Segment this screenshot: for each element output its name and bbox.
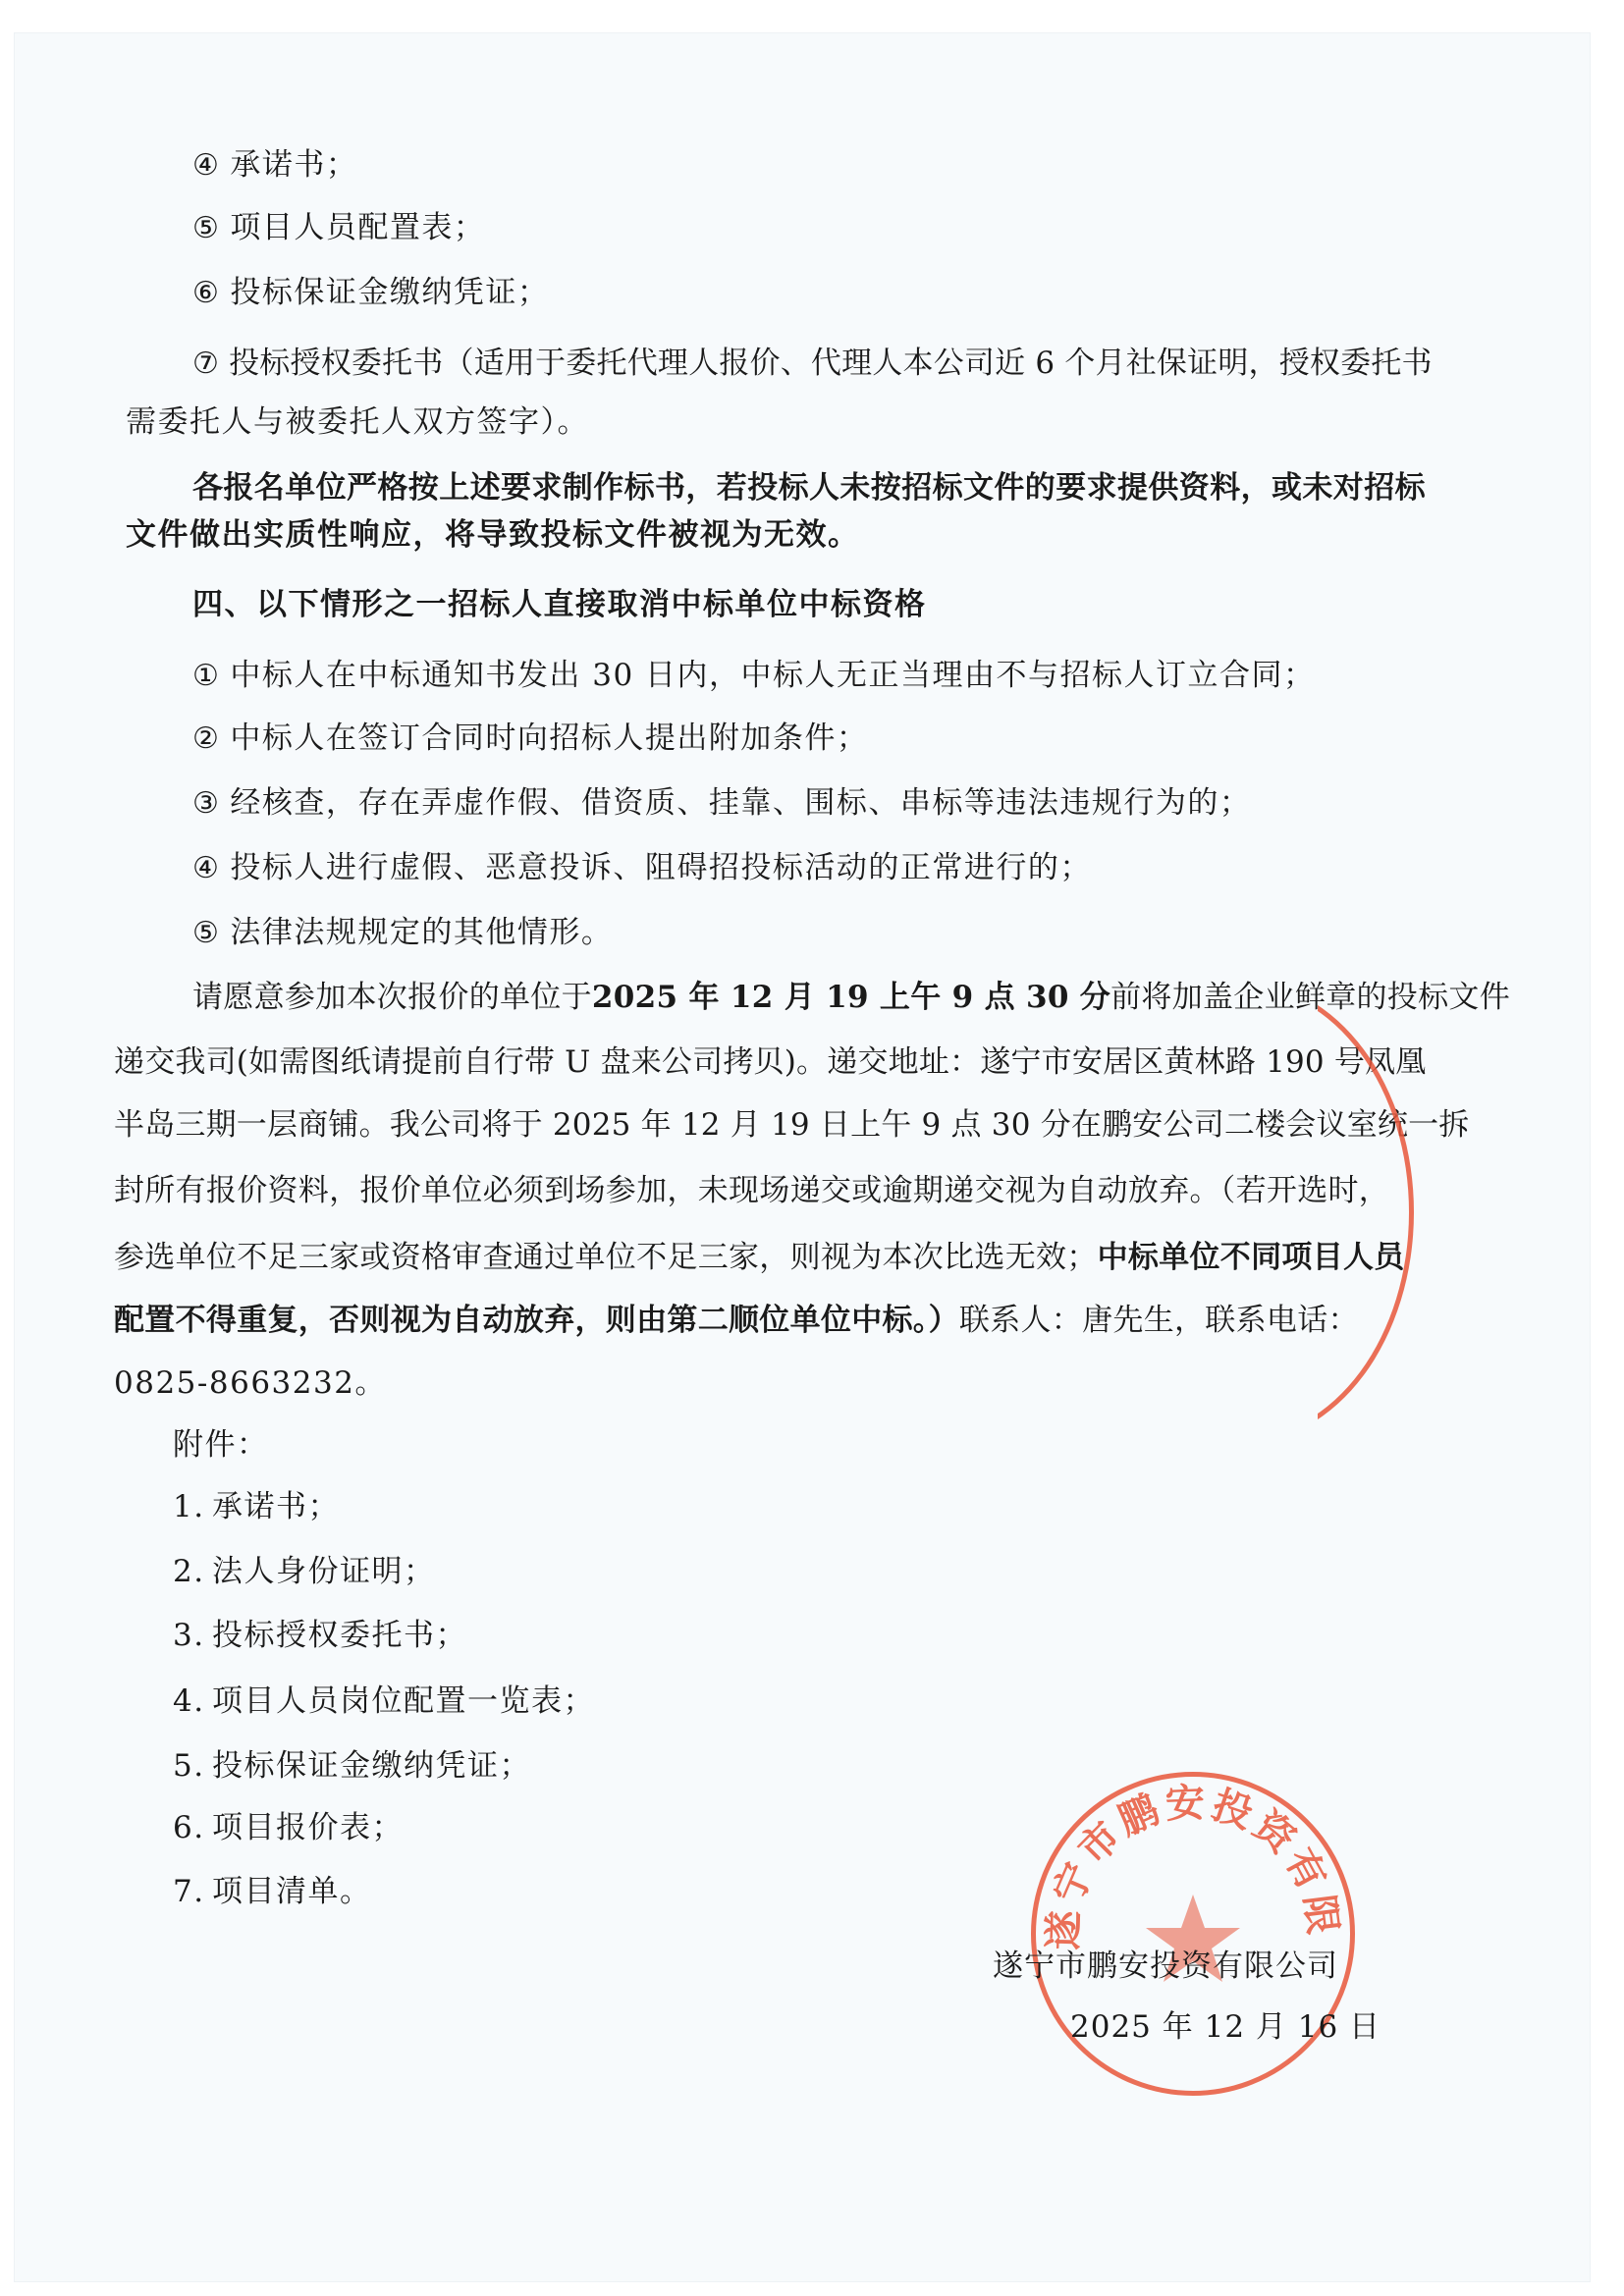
requirement-item: ⑥投标保证金缴纳凭证； [192, 273, 549, 313]
submission-paragraph-line: 请愿意参加本次报价的单位于2025 年 12 月 19 上午 9 点 30 分前… [192, 978, 1510, 1017]
requirement-item: ⑦投标授权委托书（适用于委托代理人报价、代理人本公司近 6 个月社保证明，授权委… [192, 344, 1433, 384]
attachments-heading: 附件： [173, 1425, 269, 1465]
warning-paragraph-line: 文件做出实质性响应，将导致投标文件被视为无效。 [126, 515, 860, 555]
submission-paragraph-line: 半岛三期一层商铺。我公司将于 2025 年 12 月 19 日上午 9 点 30… [114, 1105, 1470, 1145]
requirement-item: ④承诺书； [192, 145, 357, 186]
attachment-item: 7.项目清单。 [173, 1872, 372, 1911]
submission-paragraph-line: 配置不得重复，否则视为自动放弃，则由第二顺位单位中标。）联系人：唐先生，联系电话… [114, 1301, 1359, 1340]
disqualification-item: ②中标人在签订合同时向招标人提出附加条件； [192, 719, 868, 759]
disqualification-item: ⑤法律法规规定的其他情形。 [192, 913, 613, 953]
disqualification-item: ①中标人在中标通知书发出 30 日内，中标人无正当理由不与招标人订立合同； [192, 656, 1316, 696]
attachment-item: 3.投标授权委托书； [173, 1616, 467, 1655]
submission-paragraph-line: 递交我司(如需图纸请提前自行带 U 盘来公司拷贝)。递交地址：遂宁市安居区黄林路… [114, 1042, 1427, 1082]
submission-paragraph-line: 参选单位不足三家或资格审查通过单位不足三家，则视为本次比选无效；中标单位不同项目… [114, 1238, 1405, 1277]
signature-company: 遂宁市鹏安投资有限公司 [993, 1947, 1338, 1986]
deadline-text: 2025 年 12 月 19 上午 9 点 30 分 [592, 980, 1110, 1015]
disqualification-item: ③经核查，存在弄虚作假、借资质、挂靠、围标、串标等违法违规行为的； [192, 783, 1251, 824]
disqualification-item: ④投标人进行虚假、恶意投诉、阻碍招投标活动的正常进行的； [192, 848, 1092, 888]
signature-date: 2025 年 12 月 16 日 [1070, 2007, 1380, 2047]
requirement-item: ⑤项目人员配置表； [192, 208, 485, 248]
warning-paragraph-line: 各报名单位严格按上述要求制作标书，若投标人未按招标文件的要求提供资料，或未对招标 [192, 468, 1426, 507]
attachment-item: 4.项目人员岗位配置一览表； [173, 1682, 595, 1721]
contact-phone: 0825-8663232。 [114, 1363, 387, 1403]
attachment-item: 6.项目报价表； [173, 1808, 404, 1847]
requirement-item-continuation: 需委托人与被委托人双方签字）。 [126, 402, 589, 442]
attachment-item: 1.承诺书； [173, 1487, 340, 1526]
section-heading: 四、以下情形之一招标人直接取消中标单位中标资格 [192, 585, 927, 624]
submission-paragraph-line: 封所有报价资料，报价单位必须到场参加，未现场递交或逾期递交视为自动放弃。（若开选… [114, 1171, 1389, 1210]
attachment-item: 5.投标保证金缴纳凭证； [173, 1746, 531, 1786]
attachment-item: 2.法人身份证明； [173, 1552, 436, 1591]
